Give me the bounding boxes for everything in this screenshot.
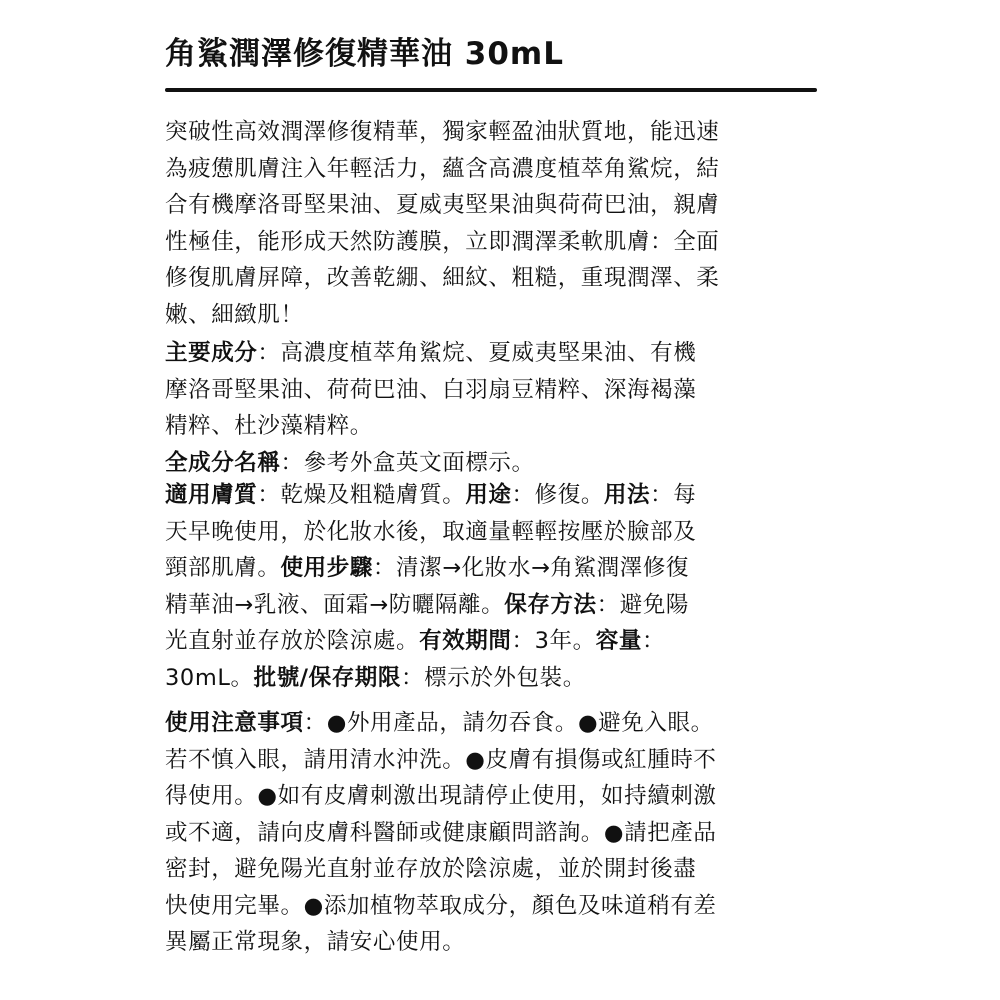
main-ingredients-line: 摩洛哥堅果油、荷荷巴油、白羽扇豆精粹、深海褐藻	[165, 372, 817, 409]
intro-line: 嫩、細緻肌！	[165, 297, 817, 334]
steps-label: 使用步驟	[281, 555, 373, 581]
intro-line: 修復肌膚屏障，改善乾綳、細紋、粗糙，重現潤澤、柔	[165, 260, 817, 297]
volume-label: 容量	[596, 628, 642, 654]
shelf-life-label: 有效期間	[419, 628, 511, 654]
purpose-text: ：修復。	[512, 482, 604, 508]
volume-text: 30mL。	[165, 665, 254, 691]
caution-line: 快使用完畢。●添加植物萃取成分，顏色及味道稍有差	[165, 888, 817, 925]
main-ingredients-label: 主要成分	[165, 340, 257, 366]
caution-line: 得使用。●如有皮膚刺激出現請停止使用，如持續刺激	[165, 778, 817, 815]
directions-label: 用法	[604, 482, 650, 508]
usage-line: 天早晚使用，於化妝水後，取適量輕輕按壓於臉部及	[165, 514, 817, 551]
intro-line: 性極佳，能形成天然防護膜，立即潤澤柔軟肌膚：全面	[165, 224, 817, 261]
storage-text: ：避免陽	[597, 592, 689, 618]
storage-text: 光直射並存放於陰涼處。	[165, 628, 419, 654]
main-ingredients-line: 主要成分：高濃度植萃角鯊烷、夏威夷堅果油、有機	[165, 335, 817, 372]
full-ingredients-line: 全成分名稱：參考外盒英文面標示。	[165, 445, 817, 482]
usage-text: 頸部肌膚。	[165, 555, 281, 581]
steps-text: ：清潔→化妝水→角鯊潤澤修復	[373, 555, 689, 581]
volume-colon: ：	[642, 628, 665, 654]
usage-line: 適用膚質：乾燥及粗糙膚質。用途：修復。用法：每	[165, 477, 817, 514]
caution-line: 密封，避免陽光直射並存放於陰涼處，並於開封後盡	[165, 851, 817, 888]
batch-label: 批號/保存期限	[254, 665, 401, 691]
main-ingredients-text: ：高濃度植萃角鯊烷、夏威夷堅果油、有機	[257, 340, 696, 366]
usage-line: 頸部肌膚。使用步驟：清潔→化妝水→角鯊潤澤修復	[165, 550, 817, 587]
skin-type-label: 適用膚質	[165, 482, 257, 508]
caution-line: 或不適，請向皮膚科醫師或健康顧問諮詢。●請把產品	[165, 815, 817, 852]
usage-line: 30mL。批號/保存期限：標示於外包裝。	[165, 660, 817, 697]
shelf-life-text: ：3年。	[512, 628, 596, 654]
usage-section: 適用膚質：乾燥及粗糙膚質。用途：修復。用法：每 天早晚使用，於化妝水後，取適量輕…	[165, 477, 817, 696]
skin-type-text: ：乾燥及粗糙膚質。	[257, 482, 465, 508]
caution-line: 使用注意事項：●外用產品，請勿吞食。●避免入眼。	[165, 705, 817, 742]
caution-text: ：●外用產品，請勿吞食。●避免入眼。	[304, 710, 714, 736]
caution-line: 若不慎入眼，請用清水沖洗。●皮膚有損傷或紅腫時不	[165, 742, 817, 779]
intro-line: 突破性高效潤澤修復精華，獨家輕盈油狀質地，能迅速	[165, 114, 817, 151]
batch-text: ：標示於外包裝。	[401, 665, 586, 691]
cautions-section: 使用注意事項：●外用產品，請勿吞食。●避免入眼。 若不慎入眼，請用清水沖洗。●皮…	[165, 705, 817, 961]
intro-line: 為疲憊肌膚注入年輕活力，蘊含高濃度植萃角鯊烷，結	[165, 151, 817, 188]
full-ingredients-text: ：參考外盒英文面標示。	[281, 450, 535, 476]
usage-line: 光直射並存放於陰涼處。有效期間：3年。容量：	[165, 623, 817, 660]
usage-line: 精華油→乳液、面霜→防曬隔離。保存方法：避免陽	[165, 587, 817, 624]
steps-text: 精華油→乳液、面霜→防曬隔離。	[165, 592, 504, 618]
caution-line: 異屬正常現象，請安心使用。	[165, 924, 817, 961]
intro-paragraph: 突破性高效潤澤修復精華，獨家輕盈油狀質地，能迅速 為疲憊肌膚注入年輕活力，蘊含高…	[165, 114, 817, 333]
intro-line: 合有機摩洛哥堅果油、夏威夷堅果油與荷荷巴油，親膚	[165, 187, 817, 224]
purpose-label: 用途	[465, 482, 511, 508]
ingredients-section: 主要成分：高濃度植萃角鯊烷、夏威夷堅果油、有機 摩洛哥堅果油、荷荷巴油、白羽扇豆…	[165, 335, 817, 481]
directions-text: ：每	[650, 482, 696, 508]
cautions-label: 使用注意事項	[165, 710, 304, 736]
product-title: 角鯊潤澤修復精華油 30mL	[165, 34, 564, 74]
storage-label: 保存方法	[504, 592, 596, 618]
title-divider	[165, 88, 817, 92]
full-ingredients-label: 全成分名稱	[165, 450, 281, 476]
main-ingredients-line: 精粹、杜沙藻精粹。	[165, 408, 817, 445]
